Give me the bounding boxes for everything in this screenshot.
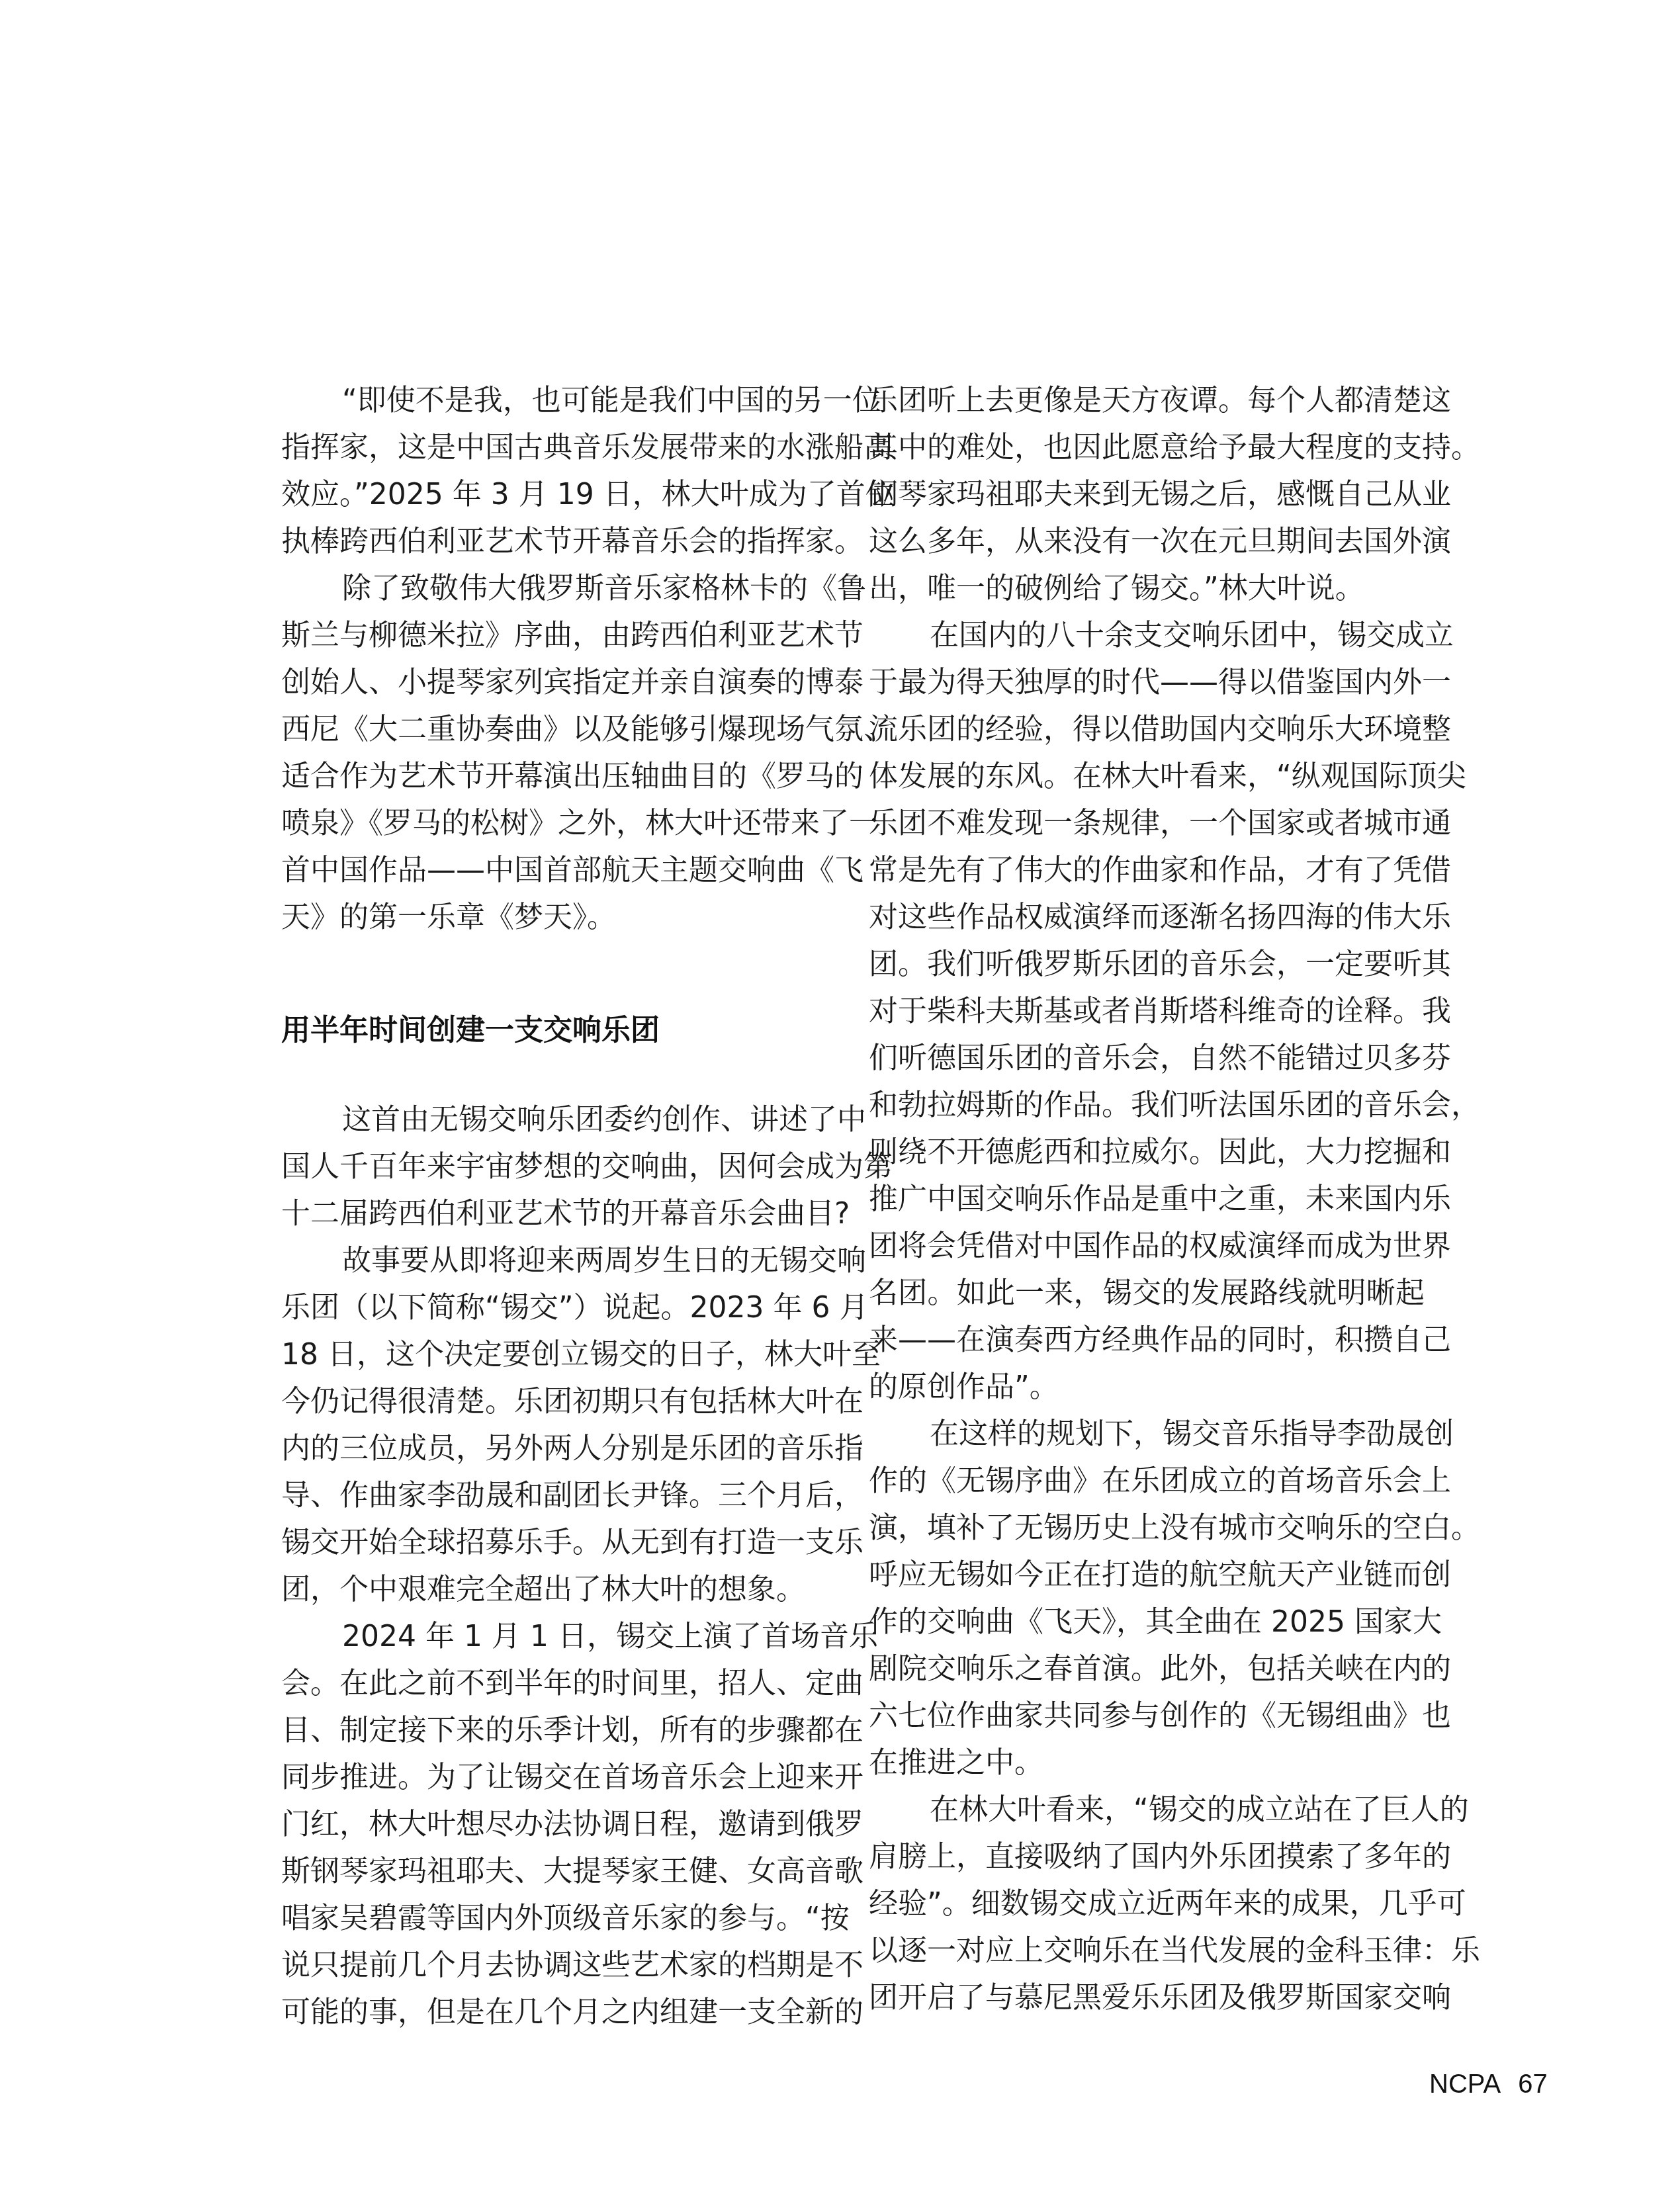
text-line: 十二届跨西伯利亚艺术节的开幕音乐会曲目? — [281, 1190, 837, 1237]
text-line: 指挥家，这是中国古典音乐发展带来的水涨船高 — [281, 424, 837, 471]
right-column: 乐团听上去更像是天方夜谭。每个人都清楚这 其中的难处，也因此愿意给予最大程度的支… — [869, 377, 1425, 2021]
paragraph-quote-opening: “即使不是我，也可能是我们中国的另一位 指挥家，这是中国古典音乐发展带来的水涨船… — [281, 377, 837, 565]
text-line: 门红，林大叶想尽办法协调日程，邀请到俄罗 — [281, 1801, 837, 1848]
text-line: 肩膀上，直接吸纳了国内外乐团摸索了多年的 — [869, 1833, 1425, 1880]
text-line: 六七位作曲家共同参与创作的《无锡组曲》也 — [869, 1692, 1425, 1739]
text-line: 在国内的八十余支交响乐团中，锡交成立 — [869, 612, 1425, 659]
text-line: “即使不是我，也可能是我们中国的另一位 — [281, 377, 837, 424]
text-line: 斯钢琴家玛祖耶夫、大提琴家王健、女高音歌 — [281, 1848, 837, 1895]
paragraph-original-works: 在这样的规划下，锡交音乐指导李劭晟创 作的《无锡序曲》在乐团成立的首场音乐会上 … — [869, 1411, 1425, 1786]
text-line: 天》的第一乐章《梦天》。 — [281, 894, 837, 941]
text-line: 同步推进。为了让锡交在首场音乐会上迎来开 — [281, 1754, 837, 1801]
text-line: 今仍记得很清楚。乐团初期只有包括林大叶在 — [281, 1378, 837, 1425]
text-line: 内的三位成员，另外两人分别是乐团的音乐指 — [281, 1425, 837, 1472]
text-line: 18 日，这个决定要创立锡交的日子，林大叶至 — [281, 1331, 837, 1378]
text-line: 以逐一对应上交响乐在当代发展的金科玉律：乐 — [869, 1927, 1425, 1974]
text-line: 乐团（以下简称“锡交”）说起。2023 年 6 月 — [281, 1284, 837, 1331]
text-line: 作的交响曲《飞天》，其全曲在 2025 国家大 — [869, 1598, 1425, 1645]
paragraph-question: 这首由无锡交响乐团委约创作、讲述了中 国人千百年来宇宙梦想的交响曲，因何会成为第… — [281, 1096, 837, 1237]
text-line: 体发展的东风。在林大叶看来，“纵观国际顶尖 — [869, 753, 1425, 800]
text-line: 除了致敬伟大俄罗斯音乐家格林卡的《鲁 — [281, 565, 837, 612]
text-line: 剧院交响乐之春首演。此外，包括关峡在内的 — [869, 1645, 1425, 1692]
paragraph-program: 除了致敬伟大俄罗斯音乐家格林卡的《鲁 斯兰与柳德米拉》序曲，由跨西伯利亚艺术节 … — [281, 565, 837, 941]
text-line: 创始人、小提琴家列宾指定并亲自演奏的博泰 — [281, 659, 837, 706]
text-line: 的原创作品”。 — [869, 1364, 1425, 1411]
text-line: 们听德国乐团的音乐会，自然不能错过贝多芬 — [869, 1035, 1425, 1082]
text-line: 推广中国交响乐作品是重中之重，未来国内乐 — [869, 1176, 1425, 1223]
text-line: 2024 年 1 月 1 日，锡交上演了首场音乐 — [281, 1613, 837, 1660]
text-line: 国人千百年来宇宙梦想的交响曲，因何会成为第 — [281, 1143, 837, 1190]
text-line: 乐团不难发现一条规律，一个国家或者城市通 — [869, 800, 1425, 847]
spacer — [281, 1054, 837, 1096]
text-line: 演，填补了无锡历史上没有城市交响乐的空白。 — [869, 1505, 1425, 1552]
text-line: 目、制定接下来的乐季计划，所有的步骤都在 — [281, 1707, 837, 1754]
text-line: 来——在演奏西方经典作品的同时，积攒自己 — [869, 1317, 1425, 1364]
text-line: 首中国作品——中国首部航天主题交响曲《飞 — [281, 847, 837, 894]
publication-name: NCPA — [1429, 2070, 1501, 2099]
section-heading: 用半年时间创建一支交响乐团 — [281, 1007, 837, 1054]
text-line: 于最为得天独厚的时代——得以借鉴国内外一 — [869, 659, 1425, 706]
text-line: 流乐团的经验，得以借助国内交响乐大环境整 — [869, 706, 1425, 753]
text-line: 团开启了与慕尼黑爱乐乐团及俄罗斯国家交响 — [869, 1974, 1425, 2021]
text-line: 在推进之中。 — [869, 1739, 1425, 1786]
text-line: 团，个中艰难完全超出了林大叶的想象。 — [281, 1566, 837, 1613]
paragraph-development-path: 在国内的八十余支交响乐团中，锡交成立 于最为得天独厚的时代——得以借鉴国内外一 … — [869, 612, 1425, 1411]
spacer — [281, 941, 837, 1007]
text-line: 可能的事，但是在几个月之内组建一支全新的 — [281, 1989, 837, 2036]
text-line: 说只提前几个月去协调这些艺术家的档期是不 — [281, 1942, 837, 1989]
text-line: 适合作为艺术节开幕演出压轴曲目的《罗马的 — [281, 753, 837, 800]
paragraph-continued-quote: 乐团听上去更像是天方夜谭。每个人都清楚这 其中的难处，也因此愿意给予最大程度的支… — [869, 377, 1425, 612]
text-line: 对这些作品权威演绎而逐渐名扬四海的伟大乐 — [869, 894, 1425, 941]
page-number: 67 — [1518, 2070, 1548, 2099]
text-line: 会。在此之前不到半年的时间里，招人、定曲 — [281, 1660, 837, 1707]
left-column: “即使不是我，也可能是我们中国的另一位 指挥家，这是中国古典音乐发展带来的水涨船… — [281, 377, 837, 2036]
text-line: 其中的难处，也因此愿意给予最大程度的支持。 — [869, 424, 1425, 471]
paragraph-founding: 故事要从即将迎来两周岁生日的无锡交响 乐团（以下简称“锡交”）说起。2023 年… — [281, 1237, 837, 1613]
text-line: 钢琴家玛祖耶夫来到无锡之后，感慨自己从业 — [869, 471, 1425, 518]
text-line: 团。我们听俄罗斯乐团的音乐会，一定要听其 — [869, 941, 1425, 988]
text-line: 乐团听上去更像是天方夜谭。每个人都清楚这 — [869, 377, 1425, 424]
text-line: 出，唯一的破例给了锡交。”林大叶说。 — [869, 565, 1425, 612]
text-line: 效应。”2025 年 3 月 19 日，林大叶成为了首位 — [281, 471, 837, 518]
text-line: 这首由无锡交响乐团委约创作、讲述了中 — [281, 1096, 837, 1143]
text-line: 在林大叶看来，“锡交的成立站在了巨人的 — [869, 1786, 1425, 1833]
text-line: 斯兰与柳德米拉》序曲，由跨西伯利亚艺术节 — [281, 612, 837, 659]
text-line: 则绕不开德彪西和拉威尔。因此，大力挖掘和 — [869, 1129, 1425, 1176]
text-line: 名团。如此一来，锡交的发展路线就明晰起 — [869, 1270, 1425, 1317]
text-line: 作的《无锡序曲》在乐团成立的首场音乐会上 — [869, 1458, 1425, 1505]
text-line: 和勃拉姆斯的作品。我们听法国乐团的音乐会， — [869, 1082, 1425, 1129]
text-line: 经验”。细数锡交成立近两年来的成果，几乎可 — [869, 1880, 1425, 1927]
paragraph-giants-shoulders: 在林大叶看来，“锡交的成立站在了巨人的 肩膀上，直接吸纳了国内外乐团摸索了多年的… — [869, 1786, 1425, 2021]
text-line: 执棒跨西伯利亚艺术节开幕音乐会的指挥家。 — [281, 518, 837, 565]
text-line: 西尼《大二重协奏曲》以及能够引爆现场气氛、 — [281, 706, 837, 753]
text-line: 唱家吴碧霞等国内外顶级音乐家的参与。“按 — [281, 1895, 837, 1942]
text-line: 对于柴科夫斯基或者肖斯塔科维奇的诠释。我 — [869, 988, 1425, 1035]
paragraph-first-concert: 2024 年 1 月 1 日，锡交上演了首场音乐 会。在此之前不到半年的时间里，… — [281, 1613, 837, 2036]
text-line: 呼应无锡如今正在打造的航空航天产业链而创 — [869, 1552, 1425, 1598]
text-line: 这么多年，从来没有一次在元旦期间去国外演 — [869, 518, 1425, 565]
text-line: 在这样的规划下，锡交音乐指导李劭晟创 — [869, 1411, 1425, 1458]
text-line: 常是先有了伟大的作曲家和作品，才有了凭借 — [869, 847, 1425, 894]
text-line: 故事要从即将迎来两周岁生日的无锡交响 — [281, 1237, 837, 1284]
text-line: 导、作曲家李劭晟和副团长尹锋。三个月后， — [281, 1472, 837, 1519]
text-line: 团将会凭借对中国作品的权威演绎而成为世界 — [869, 1223, 1425, 1270]
text-line: 锡交开始全球招募乐手。从无到有打造一支乐 — [281, 1519, 837, 1566]
text-line: 喷泉》《罗马的松树》之外，林大叶还带来了一 — [281, 800, 837, 847]
page-footer: NCPA67 — [1429, 2070, 1548, 2099]
